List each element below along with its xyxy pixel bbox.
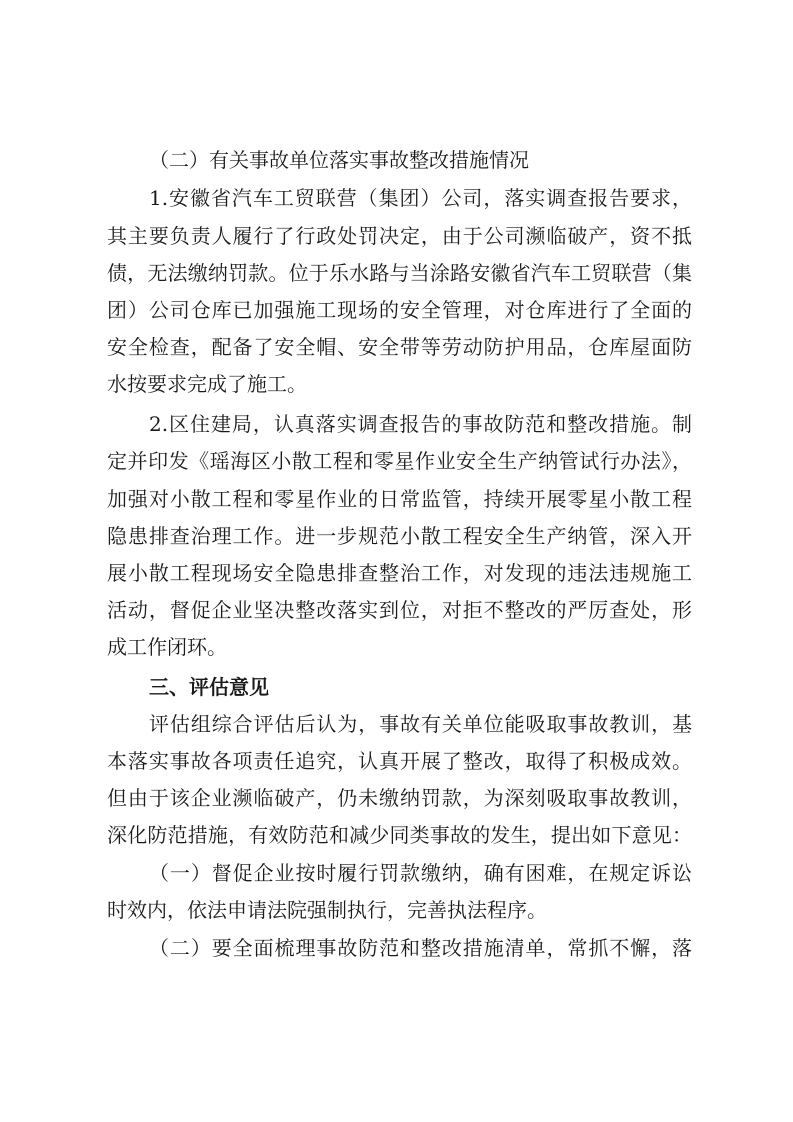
paragraph-line: 水按要求完成了施工。 <box>107 370 692 398</box>
paragraph-line: 其主要负责人履行了行政处罚决定，由于公司濒临破产，资不抵 <box>107 222 692 250</box>
paragraph-line: 成工作闭环。 <box>107 633 692 661</box>
paragraph-line: （一）督促企业按时履行罚款缴纳，确有困难，在规定诉讼 <box>149 859 692 887</box>
paragraph-line: 评估组综合评估后认为，事故有关单位能吸取事故教训，基 <box>149 710 692 738</box>
paragraph-line: 活动，督促企业坚决整改落实到位，对拒不整改的严厉查处，形 <box>107 596 692 624</box>
paragraph-line: 1.安徽省汽车工贸联营（集团）公司，落实调查报告要求， <box>149 184 692 212</box>
paragraph-line: 时效内，依法申请法院强制执行，完善执法程序。 <box>107 896 692 924</box>
section-heading: 三、评估意见 <box>149 673 692 701</box>
paragraph-line: 安全检查，配备了安全帽、安全带等劳动防护用品，仓库屋面防 <box>107 333 692 361</box>
paragraph-line: 2.区住建局，认真落实调查报告的事故防范和整改措施。制 <box>149 410 692 438</box>
paragraph-line: 债，无法缴纳罚款。位于乐水路与当涂路安徽省汽车工贸联营（集 <box>107 259 692 287</box>
paragraph-line: 隐患排查治理工作。进一步规范小散工程安全生产纳管，深入开 <box>107 522 692 550</box>
paragraph-line: （二）要全面梳理事故防范和整改措施清单，常抓不懈，落 <box>149 934 692 962</box>
paragraph-line: 加强对小散工程和零星作业的日常监管，持续开展零星小散工程 <box>107 485 692 513</box>
paragraph-line: 但由于该企业濒临破产，仍未缴纳罚款，为深刻吸取事故教训， <box>107 784 692 812</box>
document-page: （二）有关事故单位落实事故整改措施情况 1.安徽省汽车工贸联营（集团）公司，落实… <box>0 0 793 1122</box>
paragraph-line: 本落实事故各项责任追究，认真开展了整改，取得了积极成效。 <box>107 747 692 775</box>
subsection-heading: （二）有关事故单位落实事故整改措施情况 <box>149 146 692 174</box>
paragraph-line: 团）公司仓库已加强施工现场的安全管理，对仓库进行了全面的 <box>107 296 692 324</box>
paragraph-line: 展小散工程现场安全隐患排查整治工作，对发现的违法违规施工 <box>107 559 692 587</box>
paragraph-line: 定并印发《瑶海区小散工程和零星作业安全生产纳管试行办法》， <box>107 447 692 475</box>
paragraph-line: 深化防范措施，有效防范和减少同类事故的发生，提出如下意见： <box>107 821 692 849</box>
